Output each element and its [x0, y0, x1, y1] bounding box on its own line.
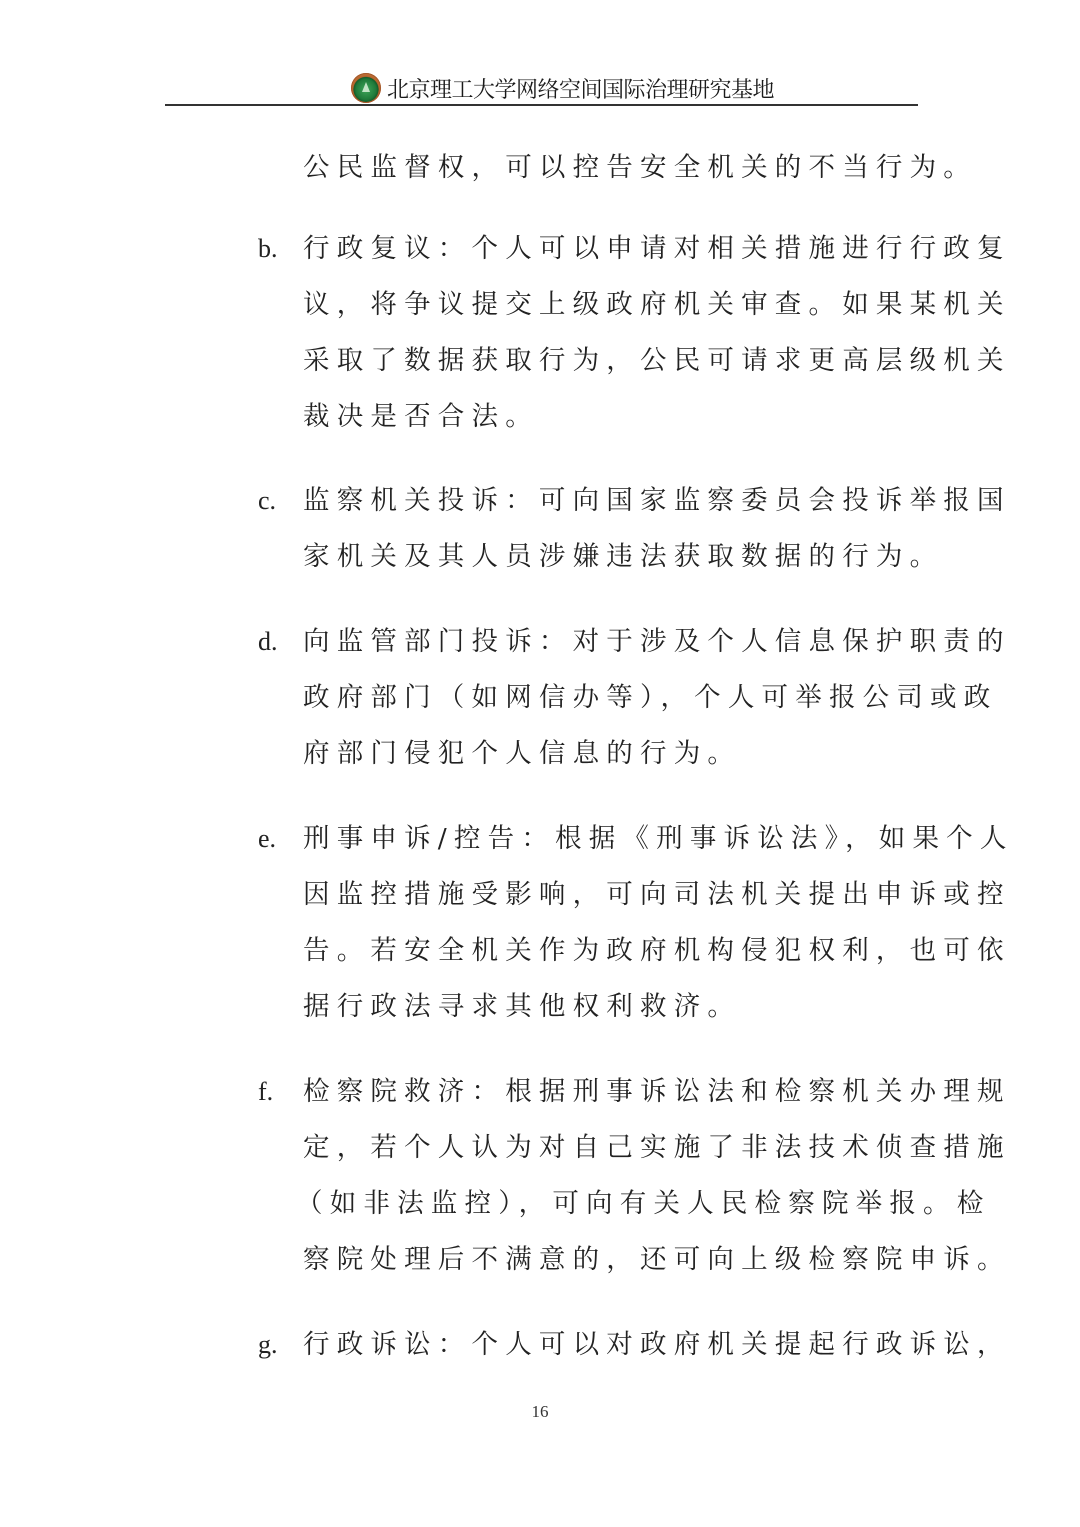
- text-line: 行政复议：个人可以申请对相关措施进行行政复: [258, 221, 923, 277]
- list-marker: e.: [258, 811, 298, 867]
- text-line: 家机关及其人员涉嫌违法获取数据的行为。: [258, 529, 923, 585]
- text-line: 刑事申诉/控告：根据《刑事诉讼法》，如果个人: [258, 811, 923, 867]
- text-line: 监察机关投诉：可向国家监察委员会投诉举报国: [258, 473, 923, 529]
- text-line: 据行政法寻求其他权利救济。: [258, 979, 923, 1035]
- list-marker: d.: [258, 614, 298, 670]
- text-line: 告。若安全机关作为政府机构侵犯权利，也可依: [258, 923, 923, 979]
- text-line: 公民监督权，可以控告安全机关的不当行为。: [258, 140, 923, 196]
- list-marker: g.: [258, 1317, 298, 1373]
- list-item-e: e. 刑事申诉/控告：根据《刑事诉讼法》，如果个人 因监控措施受影响，可向司法机…: [258, 811, 923, 1035]
- text-line: 府部门侵犯个人信息的行为。: [258, 726, 923, 782]
- list-item-b: b. 行政复议：个人可以申请对相关措施进行行政复 议，将争议提交上级政府机关审查…: [258, 221, 923, 445]
- text-line: 采取了数据获取行为，公民可请求更高层级机关: [258, 333, 923, 389]
- header-branding: 北京理工大学网络空间国际治理研究基地: [351, 71, 774, 105]
- page-number: 16: [0, 1402, 1080, 1422]
- list-marker: c.: [258, 473, 298, 529]
- text-line: 因监控措施受影响，可向司法机关提出申诉或控: [258, 867, 923, 923]
- text-line: 行政诉讼：个人可以对政府机关提起行政诉讼，: [258, 1317, 923, 1373]
- list-marker: b.: [258, 221, 298, 277]
- list-item-f: f. 检察院救济：根据刑事诉讼法和检察机关办理规 定，若个人认为对自己实施了非法…: [258, 1064, 923, 1288]
- text-line: 向监管部门投诉：对于涉及个人信息保护职责的: [258, 614, 923, 670]
- text-line: 定，若个人认为对自己实施了非法技术侦查措施: [258, 1120, 923, 1176]
- header-title: 北京理工大学网络空间国际治理研究基地: [387, 73, 774, 104]
- text-line: 检察院救济：根据刑事诉讼法和检察机关办理规: [258, 1064, 923, 1120]
- university-emblem-icon: [351, 73, 381, 103]
- list-item-d: d. 向监管部门投诉：对于涉及个人信息保护职责的 政府部门（如网信办等），个人可…: [258, 614, 923, 782]
- list-marker: f.: [258, 1064, 298, 1120]
- page-header: 北京理工大学网络空间国际治理研究基地: [165, 68, 918, 106]
- text-line: （如非法监控），可向有关人民检察院举报。检: [258, 1176, 923, 1232]
- list-item-g: g. 行政诉讼：个人可以对政府机关提起行政诉讼，: [258, 1317, 923, 1373]
- text-line: 政府部门（如网信办等），个人可举报公司或政: [258, 670, 923, 726]
- text-line: 裁决是否合法。: [258, 389, 923, 445]
- continuation-paragraph: 公民监督权，可以控告安全机关的不当行为。: [258, 140, 923, 196]
- text-line: 议，将争议提交上级政府机关审查。如果某机关: [258, 277, 923, 333]
- header-divider: [165, 104, 918, 106]
- list-item-c: c. 监察机关投诉：可向国家监察委员会投诉举报国 家机关及其人员涉嫌违法获取数据…: [258, 473, 923, 585]
- text-line: 察院处理后不满意的，还可向上级检察院申诉。: [258, 1232, 923, 1288]
